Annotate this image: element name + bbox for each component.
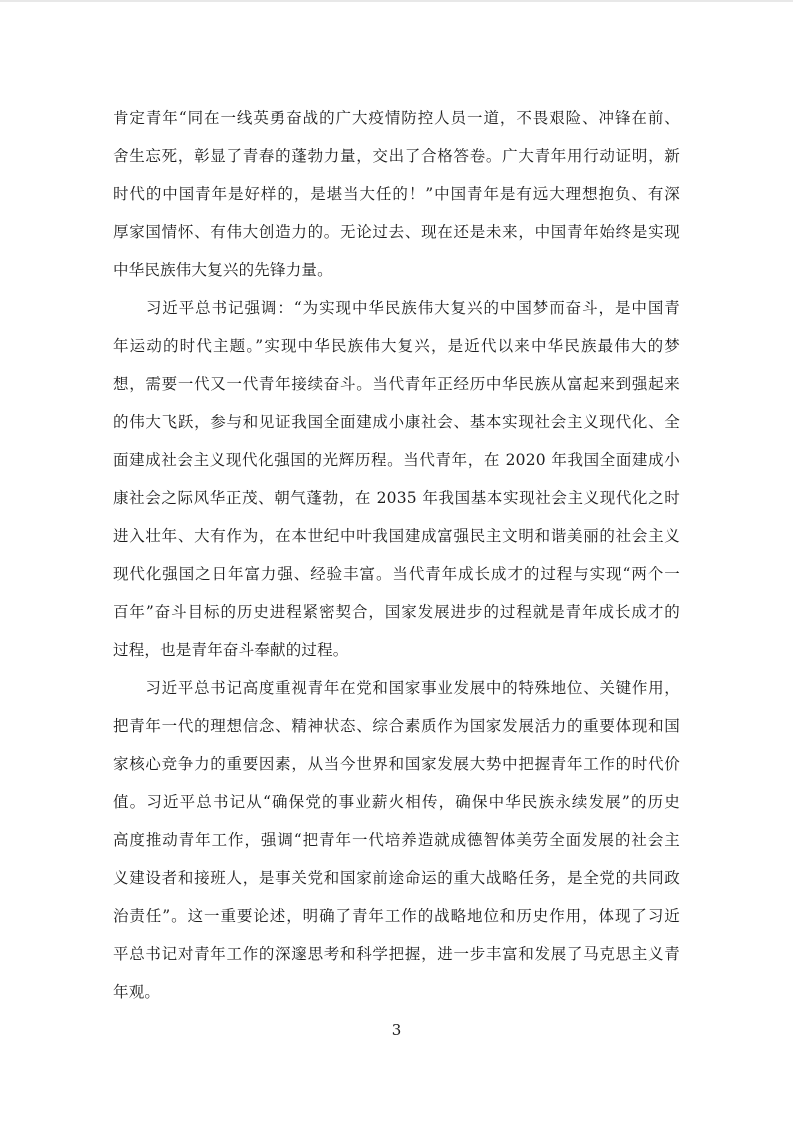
text-line: 康社会之际风华正茂、朝气蓬勃，在 2035 年我国基本实现社会主义现代化之时 xyxy=(113,479,680,517)
text-line: 平总书记对青年工作的深邃思考和科学把握，进一步丰富和发展了马克思主义青 xyxy=(113,935,680,973)
text-line: 想，需要一代又一代青年接续奋斗。当代青年正经历中华民族从富起来到强起来 xyxy=(113,365,680,403)
document-page: { "page": { "background": "#ffffff", "te… xyxy=(0,0,793,1122)
text-line: 习近平总书记强调：“为实现中华民族伟大复兴的中国梦而奋斗，是中国青 xyxy=(113,289,680,327)
text-line: 肯定青年“同在一线英勇奋战的广大疫情防控人员一道，不畏艰险、冲锋在前、 xyxy=(113,99,680,137)
page-footer: 3 xyxy=(0,1018,793,1042)
text-line: 家核心竞争力的重要因素，从当今世界和国家发展大势中把握青年工作的时代价 xyxy=(113,745,680,783)
text-line: 高度推动青年工作，强调“把青年一代培养造就成德智体美劳全面发展的社会主 xyxy=(113,821,680,859)
paragraph: 习近平总书记高度重视青年在党和国家事业发展中的特殊地位、关键作用，把青年一代的理… xyxy=(113,669,680,1011)
text-line: 现代化强国之日年富力强、经验丰富。当代青年成长成才的过程与实现“两个一 xyxy=(113,555,680,593)
text-line: 值。习近平总书记从“确保党的事业薪火相传，确保中华民族永续发展”的历史 xyxy=(113,783,680,821)
text-line: 的伟大飞跃，参与和见证我国全面建成小康社会、基本实现社会主义现代化、全 xyxy=(113,403,680,441)
page-top-edge xyxy=(0,0,793,2)
text-line: 年运动的时代主题。”实现中华民族伟大复兴，是近代以来中华民族最伟大的梦 xyxy=(113,327,680,365)
text-line: 义建设者和接班人，是事关党和国家前途命运的重大战略任务，是全党的共同政 xyxy=(113,859,680,897)
text-line: 过程，也是青年奋斗奉献的过程。 xyxy=(113,631,680,669)
text-line: 百年”奋斗目标的历史进程紧密契合，国家发展进步的过程就是青年成长成才的 xyxy=(113,593,680,631)
text-line: 习近平总书记高度重视青年在党和国家事业发展中的特殊地位、关键作用， xyxy=(113,669,680,707)
page-number: 3 xyxy=(392,1021,402,1039)
text-line: 把青年一代的理想信念、精神状态、综合素质作为国家发展活力的重要体现和国 xyxy=(113,707,680,745)
document-body: 肯定青年“同在一线英勇奋战的广大疫情防控人员一道，不畏艰险、冲锋在前、舍生忘死，… xyxy=(113,99,680,1011)
paragraph: 习近平总书记强调：“为实现中华民族伟大复兴的中国梦而奋斗，是中国青年运动的时代主… xyxy=(113,289,680,669)
text-line: 进入壮年、大有作为，在本世纪中叶我国建成富强民主文明和谐美丽的社会主义 xyxy=(113,517,680,555)
text-line: 治责任”。这一重要论述，明确了青年工作的战略地位和历史作用，体现了习近 xyxy=(113,897,680,935)
text-line: 中华民族伟大复兴的先锋力量。 xyxy=(113,251,680,289)
text-line: 时代的中国青年是好样的，是堪当大任的！”中国青年是有远大理想抱负、有深 xyxy=(113,175,680,213)
text-line: 舍生忘死，彰显了青春的蓬勃力量，交出了合格答卷。广大青年用行动证明，新 xyxy=(113,137,680,175)
paragraph: 肯定青年“同在一线英勇奋战的广大疫情防控人员一道，不畏艰险、冲锋在前、舍生忘死，… xyxy=(113,99,680,289)
text-line: 厚家国情怀、有伟大创造力的。无论过去、现在还是未来，中国青年始终是实现 xyxy=(113,213,680,251)
text-line: 面建成社会主义现代化强国的光辉历程。当代青年，在 2020 年我国全面建成小 xyxy=(113,441,680,479)
text-line: 年观。 xyxy=(113,973,680,1011)
